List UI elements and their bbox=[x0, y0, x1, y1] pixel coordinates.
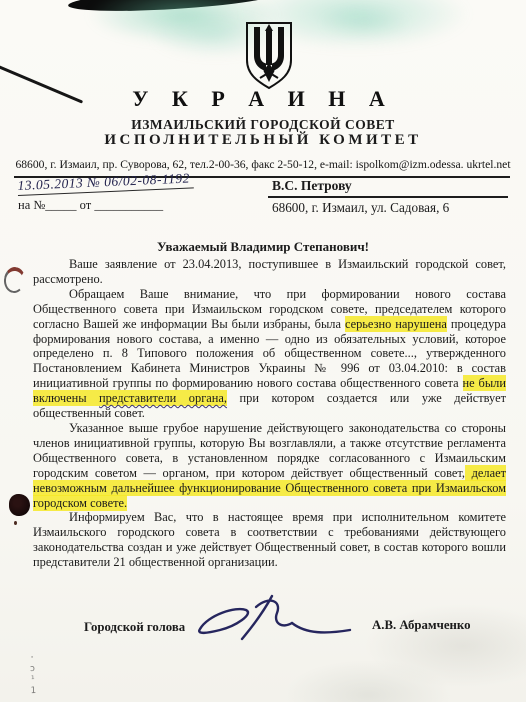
ukraine-trident-icon bbox=[240, 20, 298, 90]
stamp-ring-artifact bbox=[3, 266, 27, 294]
country-title: У К Р А И Н А bbox=[0, 86, 526, 112]
salutation: Уважаемый Владимир Степанович! bbox=[33, 239, 493, 255]
letterhead-address: 68600, г. Измаил, пр. Суворова, 62, тел.… bbox=[0, 158, 526, 171]
text-segment: представители органа, bbox=[99, 390, 227, 406]
signatory-title: Городской голова bbox=[84, 620, 185, 635]
recipient-address: 68600, г. Измаил, ул. Садовая, 6 bbox=[268, 198, 508, 216]
green-smudge-artifact bbox=[320, 8, 410, 38]
ink-dot-artifact bbox=[14, 521, 17, 525]
ink-blot-artifact bbox=[9, 494, 30, 516]
text-segment: Информируем Вас, что в настоящее время п… bbox=[33, 510, 506, 569]
letter-body: Ваше заявление от 23.04.2013, поступивше… bbox=[33, 257, 506, 570]
text-segment: Ваше заявление от 23.04.2013, поступивше… bbox=[33, 257, 506, 286]
signatory-name: А.В. Абрамченко bbox=[372, 618, 470, 633]
paragraph-2: Обращаем Ваше внимание, что при формиров… bbox=[33, 287, 506, 421]
scanned-letter-page: · ɔ ¹ 1 У К Р А И Н А ИЗМАИЛЬСКИЙ ГОРОДС… bbox=[0, 0, 526, 702]
reply-to-line: на №_____ от ___________ bbox=[18, 198, 253, 213]
signature-scribble bbox=[192, 589, 356, 647]
paragraph-4: Информируем Вас, что в настоящее время п… bbox=[33, 510, 506, 570]
recipient-block: В.С. Петрову 68600, г. Измаил, ул. Садов… bbox=[268, 178, 508, 216]
text-segment: Указанное выше грубое нарушение действую… bbox=[33, 421, 506, 480]
recipient-name: В.С. Петрову bbox=[268, 178, 508, 198]
handwritten-reference-number: 13.05.2013 № 06/02-08-1192 bbox=[17, 170, 194, 196]
paragraph-3: Указанное выше грубое нарушение действую… bbox=[33, 421, 506, 510]
text-segment: серьезно нарушена bbox=[345, 316, 447, 332]
org-name-line2: ИСПОЛНИТЕЛЬНЫЙ КОМИТЕТ bbox=[0, 132, 526, 149]
paragraph-1: Ваше заявление от 23.04.2013, поступивше… bbox=[33, 257, 506, 287]
page-edge-marks: · ɔ ¹ 1 bbox=[29, 653, 36, 697]
outgoing-reference-block: 13.05.2013 № 06/02-08-1192 на №_____ от … bbox=[18, 177, 253, 213]
org-name-line1: ИЗМАИЛЬСКИЙ ГОРОДСКОЙ СОВЕТ bbox=[0, 117, 526, 133]
